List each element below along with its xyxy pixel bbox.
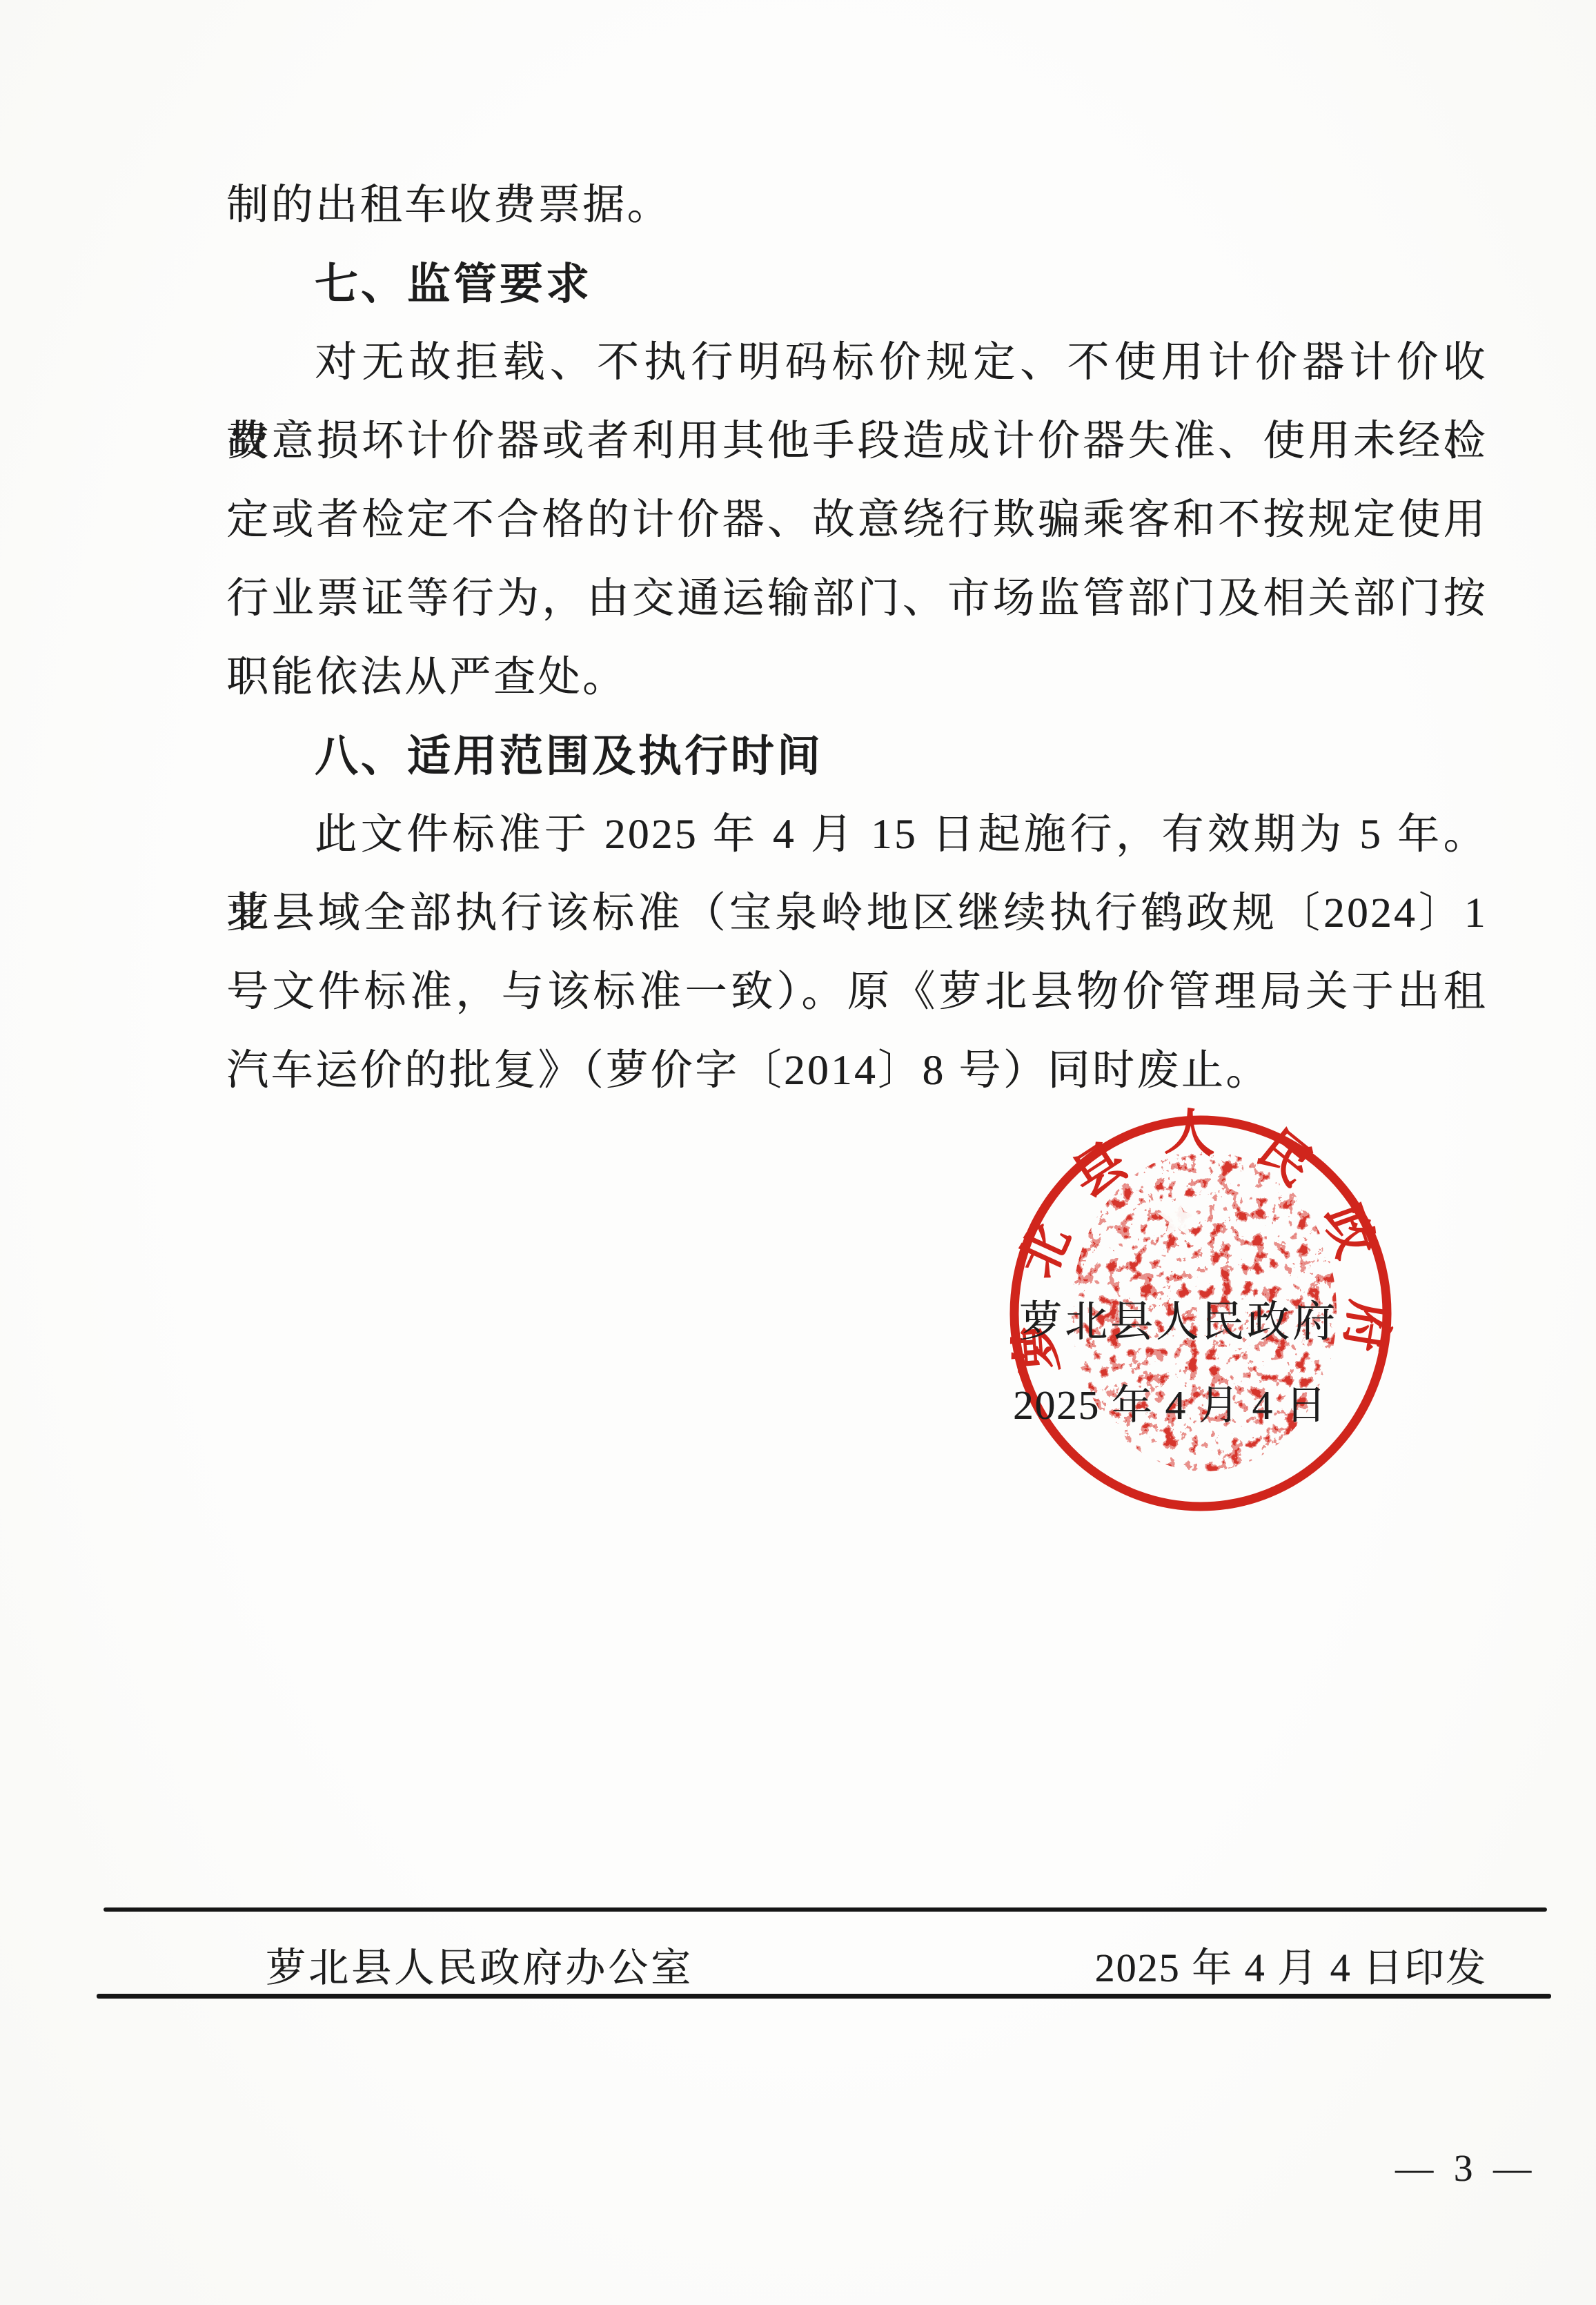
scanned-document-page: 制的出租车收费票据。 七、监管要求 对无故拒载、不执行明码标价规定、不使用计价器… [0, 0, 1596, 2305]
footer-rule-bottom [97, 1994, 1551, 1999]
seal-issuer-name: 萝北县人民政府 [1019, 1297, 1338, 1347]
document-body: 制的出租车收费票据。 七、监管要求 对无故拒载、不执行明码标价规定、不使用计价器… [226, 166, 1488, 1110]
body-line: 定或者检定不合格的计价器、故意绕行欺骗乘客和不按规定使用 [226, 481, 1488, 560]
body-line: 对无故拒载、不执行明码标价规定、不使用计价器计价收费、 [226, 324, 1488, 402]
body-line: 此文件标准于 2025 年 4 月 15 日起施行，有效期为 5 年。萝 [226, 796, 1488, 874]
body-line-continuation: 制的出租车收费票据。 [226, 166, 1488, 245]
body-line: 北县域全部执行该标准（宝泉岭地区继续执行鹤政规〔2024〕1 [226, 874, 1488, 953]
body-line: 故意损坏计价器或者利用其他手段造成计价器失准、使用未经检 [226, 402, 1488, 481]
section-7-heading: 七、监管要求 [226, 245, 1488, 324]
seal-signature-date: 2025 年 4 月 4 日 [1013, 1380, 1328, 1430]
page-number: — 3 — [1395, 2148, 1537, 2189]
footer-print-date: 2025 年 4 月 4 日印发 [1094, 1942, 1487, 1994]
footer-issuing-office: 萝北县人民政府办公室 [266, 1942, 693, 1994]
body-line: 号文件标准，与该标准一致）。原《萝北县物价管理局关于出租 [226, 953, 1488, 1032]
body-line: 行业票证等行为，由交通运输部门、市场监管部门及相关部门按 [226, 560, 1488, 638]
body-line: 职能依法从严查处。 [226, 638, 1488, 717]
section-8-heading: 八、适用范围及执行时间 [226, 717, 1488, 796]
footer-rule-top [104, 1907, 1547, 1912]
